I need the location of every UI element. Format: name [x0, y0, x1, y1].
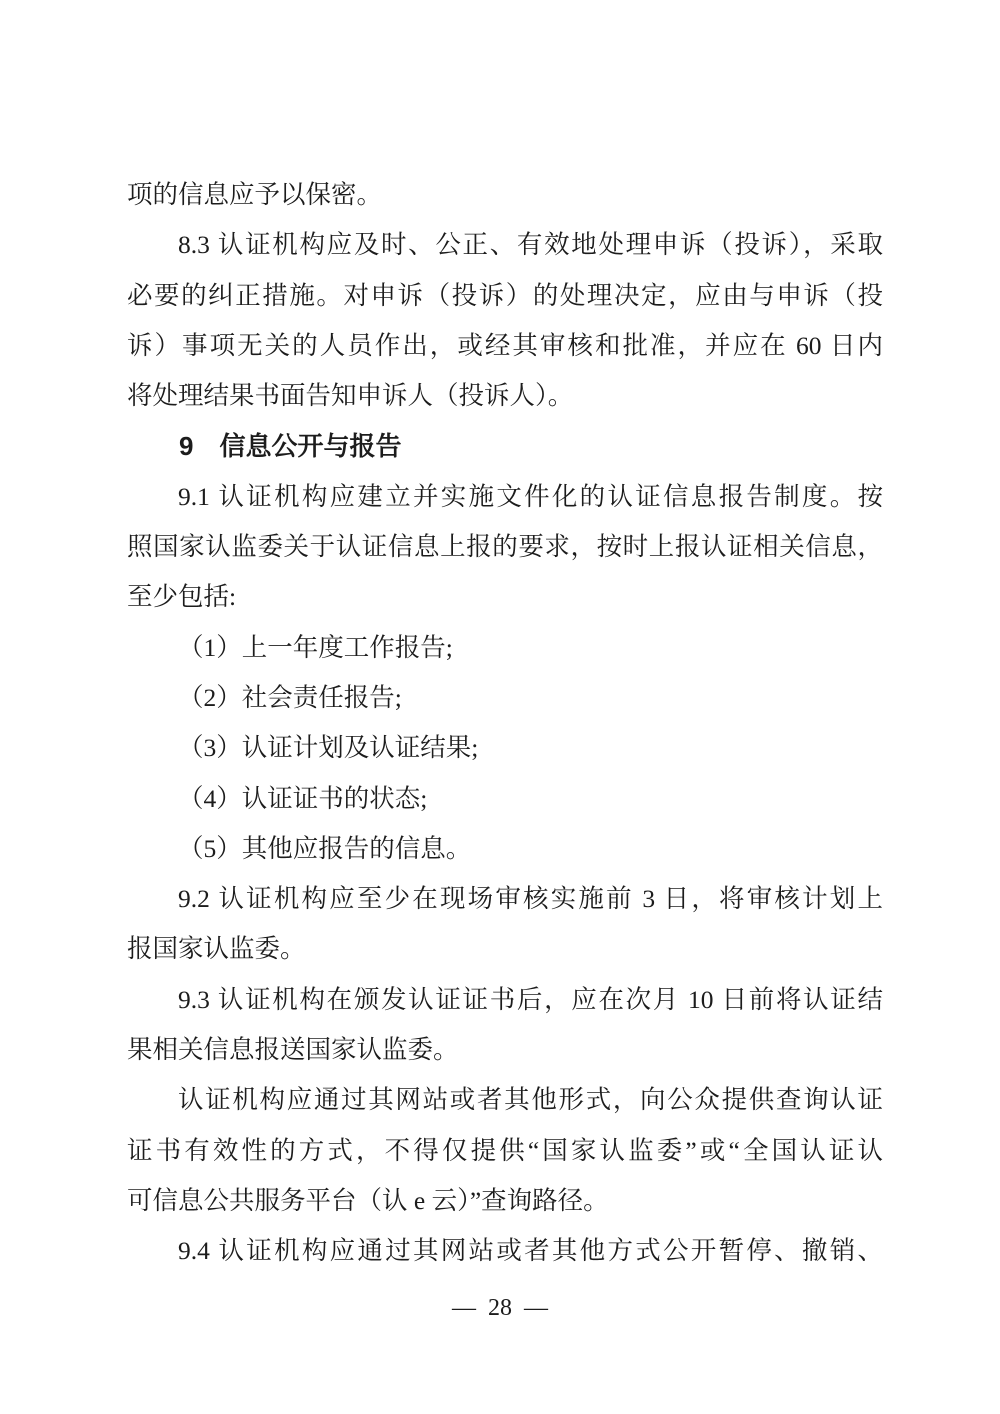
- section-9-title: 信息公开与报告: [219, 431, 401, 461]
- para-9-3-line-2: 果相关信息报送国家认监委。: [127, 1025, 883, 1075]
- para-query-line-3: 可信息公共服务平台（认 e 云）”查询路径。: [127, 1176, 883, 1226]
- para-9-2-line-2: 报国家认监委。: [127, 924, 883, 974]
- page-footer: —28—: [0, 1293, 1000, 1323]
- section-9-heading: 9信息公开与报告: [127, 421, 883, 471]
- para-9-4-line-1: 9.4 认证机构应通过其网站或者其他方式公开暂停、撤销、: [127, 1226, 883, 1276]
- para-9-1-line-1: 9.1 认证机构应建立并实施文件化的认证信息报告制度。按: [127, 472, 883, 522]
- para-8-3-line-3: 诉）事项无关的人员作出，或经其审核和批准，并应在 60 日内: [127, 321, 883, 371]
- para-8-3-line-2: 必要的纠正措施。对申诉（投诉）的处理决定，应由与申诉（投: [127, 271, 883, 321]
- footer-dash-left: —: [452, 1295, 476, 1321]
- report-list-item-1: （1）上一年度工作报告;: [127, 623, 883, 673]
- footer-dash-right: —: [524, 1295, 548, 1321]
- text-block: 项的信息应予以保密。 8.3 认证机构应及时、公正、有效地处理申诉（投诉），采取…: [127, 170, 883, 1277]
- report-list-item-4: （4）认证证书的状态;: [127, 774, 883, 824]
- document-page: 项的信息应予以保密。 8.3 认证机构应及时、公正、有效地处理申诉（投诉），采取…: [0, 0, 1000, 1414]
- para-9-2-line-1: 9.2 认证机构应至少在现场审核实施前 3 日，将审核计划上: [127, 874, 883, 924]
- para-8-2-last-line: 项的信息应予以保密。: [127, 170, 883, 220]
- para-query-line-1: 认证机构应通过其网站或者其他形式，向公众提供查询认证: [127, 1075, 883, 1125]
- report-list-item-5: （5）其他应报告的信息。: [127, 824, 883, 874]
- para-8-3-line-1: 8.3 认证机构应及时、公正、有效地处理申诉（投诉），采取: [127, 220, 883, 270]
- para-query-line-2: 证书有效性的方式，不得仅提供“国家认监委”或“全国认证认: [127, 1126, 883, 1176]
- report-list-item-3: （3）认证计划及认证结果;: [127, 723, 883, 773]
- page-number: 28: [488, 1295, 512, 1321]
- report-list-item-2: （2）社会责任报告;: [127, 673, 883, 723]
- para-9-1-line-3: 至少包括:: [127, 572, 883, 622]
- para-8-3-line-4: 将处理结果书面告知申诉人（投诉人）。: [127, 371, 883, 421]
- para-9-3-line-1: 9.3 认证机构在颁发认证证书后，应在次月 10 日前将认证结: [127, 975, 883, 1025]
- section-9-number: 9: [179, 431, 193, 461]
- para-9-1-line-2: 照国家认监委关于认证信息上报的要求，按时上报认证相关信息，: [127, 522, 883, 572]
